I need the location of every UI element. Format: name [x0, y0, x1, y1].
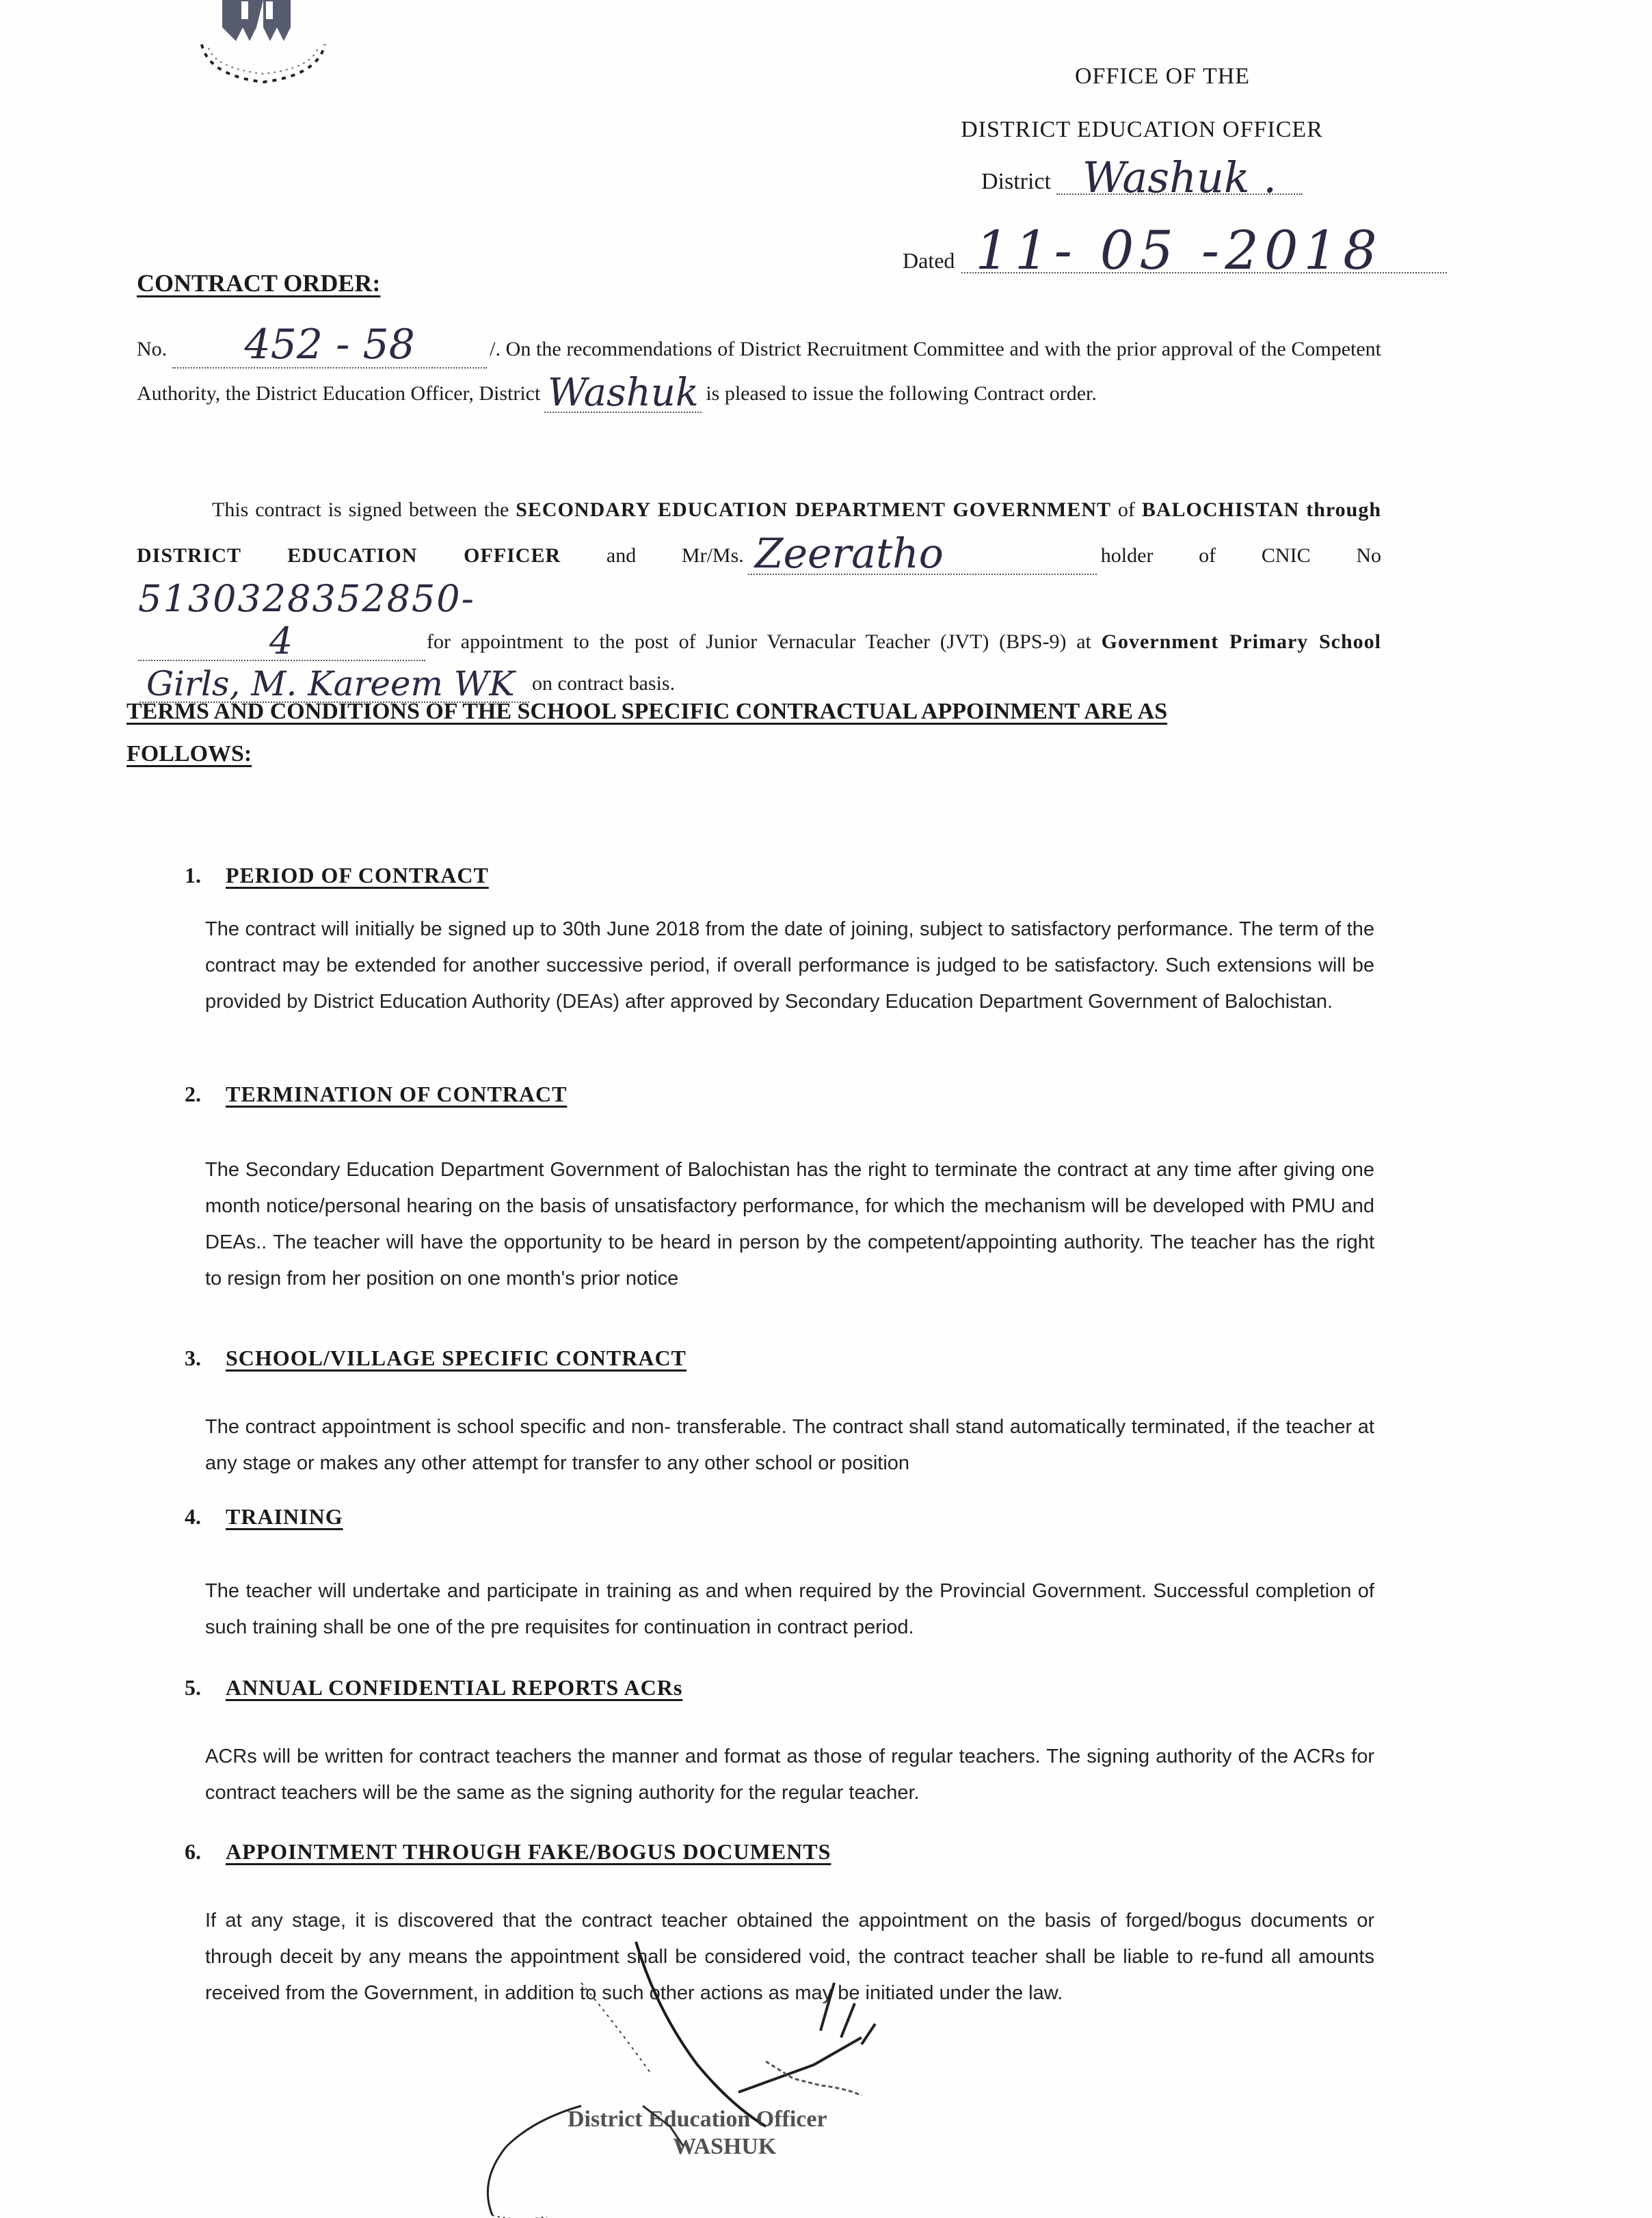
contract-order-title: CONTRACT ORDER: [137, 269, 380, 297]
section-training: 4.TRAINING The teacher will undertake an… [185, 1504, 1374, 1646]
government-emblem-icon [195, 0, 332, 89]
officer-stamp: District Education Officer WASHUK [568, 2106, 827, 2161]
section-period-of-contract: 1.PERIOD OF CONTRACT The contract will i… [185, 863, 1374, 1020]
order-number-handwritten: 452 - 58 [245, 321, 415, 369]
teacher-name-handwritten: Zeeratho [755, 530, 944, 578]
section-title: PERIOD OF CONTRACT [226, 863, 489, 888]
section-number: 5. [185, 1675, 226, 1700]
contract-paragraph: This contract is signed between the SECO… [137, 492, 1381, 703]
letterhead: OFFICE OF THE DISTRICT EDUCATION OFFICER… [882, 65, 1402, 195]
section-body: ACRs will be written for contract teache… [205, 1739, 1374, 1811]
section-body: The contract appointment is school speci… [205, 1409, 1374, 1482]
section-number: 3. [185, 1346, 226, 1371]
contract-text-6: for appointment to the post of Junior Ve… [427, 630, 1091, 653]
cnic-handwritten: 5130328352850-4 [138, 577, 475, 663]
deo-name: DISTRICT EDUCATION OFFICER [137, 544, 561, 567]
contract-text-3: through [1306, 498, 1381, 521]
school-label: Government Primary School [1102, 630, 1381, 653]
dated-field: 11- 05 -2018 [961, 219, 1447, 273]
order-paragraph: No.452 - 58/. On the recommendations of … [137, 321, 1381, 413]
section-body: The teacher will undertake and participa… [205, 1573, 1374, 1646]
section-termination-of-contract: 2.TERMINATION OF CONTRACT The Secondary … [185, 1082, 1374, 1297]
district-field: Washuk . [1056, 151, 1303, 195]
section-number: 2. [185, 1082, 226, 1107]
department-name: SECONDARY EDUCATION DEPARTMENT GOVERNMEN… [516, 498, 1111, 521]
order-text-2: is pleased to issue the following Contra… [706, 382, 1097, 405]
section-body: The contract will initially be signed up… [205, 911, 1374, 1020]
province-name: BALOCHISTAN [1142, 498, 1300, 521]
section-number: 6. [185, 1839, 226, 1865]
dated-line: Dated 11- 05 -2018 [903, 219, 1447, 273]
deo-line: DISTRICT EDUCATION OFFICER [882, 118, 1402, 142]
section-title: APPOINTMENT THROUGH FAKE/BOGUS DOCUMENTS [226, 1839, 831, 1865]
terms-title: TERMS AND CONDITIONS OF THE SCHOOL SPECI… [126, 691, 1289, 775]
dated-label: Dated [903, 248, 955, 273]
office-line: OFFICE OF THE [923, 65, 1402, 88]
order-district-handwritten: Washuk [548, 371, 699, 415]
district-handwritten: Washuk . [1082, 152, 1277, 202]
section-number: 4. [185, 1504, 226, 1529]
contract-text-5: holder of CNIC No [1101, 544, 1381, 567]
contract-text-2: of [1118, 498, 1135, 521]
dated-handwritten: 11- 05 -2018 [975, 220, 1382, 282]
section-title: ANNUAL CONFIDENTIAL REPORTS ACRs [226, 1675, 682, 1700]
contract-text-1: This contract is signed between the [212, 498, 509, 521]
district-line: District Washuk . [882, 151, 1402, 195]
contract-text-4: and Mr/Ms. [607, 544, 744, 567]
cnic-field: 5130328352850-4 [138, 575, 425, 661]
stamp-title: District Education Officer [568, 2106, 827, 2133]
section-annual-confidential-reports: 5.ANNUAL CONFIDENTIAL REPORTS ACRs ACRs … [185, 1675, 1374, 1811]
section-title: TERMINATION OF CONTRACT [226, 1082, 567, 1107]
teacher-name-field: Zeeratho [748, 528, 1097, 575]
section-school-village-specific: 3.SCHOOL/VILLAGE SPECIFIC CONTRACT The c… [185, 1346, 1374, 1482]
order-district-field: Washuk [544, 369, 702, 413]
section-body: The Secondary Education Department Gover… [205, 1152, 1374, 1297]
section-number: 1. [185, 863, 226, 888]
section-title: TRAINING [226, 1504, 343, 1529]
section-fake-documents: 6.APPOINTMENT THROUGH FAKE/BOGUS DOCUMEN… [185, 1839, 1374, 2012]
district-label: District [981, 169, 1051, 195]
contract-order-document: OFFICE OF THE DISTRICT EDUCATION OFFICER… [0, 0, 1652, 2218]
section-title: SCHOOL/VILLAGE SPECIFIC CONTRACT [226, 1346, 687, 1371]
no-label: No. [137, 338, 167, 360]
order-number-field: 452 - 58 [172, 321, 487, 369]
section-body: If at any stage, it is discovered that t… [205, 1903, 1374, 2012]
stamp-district: WASHUK [622, 2133, 827, 2161]
